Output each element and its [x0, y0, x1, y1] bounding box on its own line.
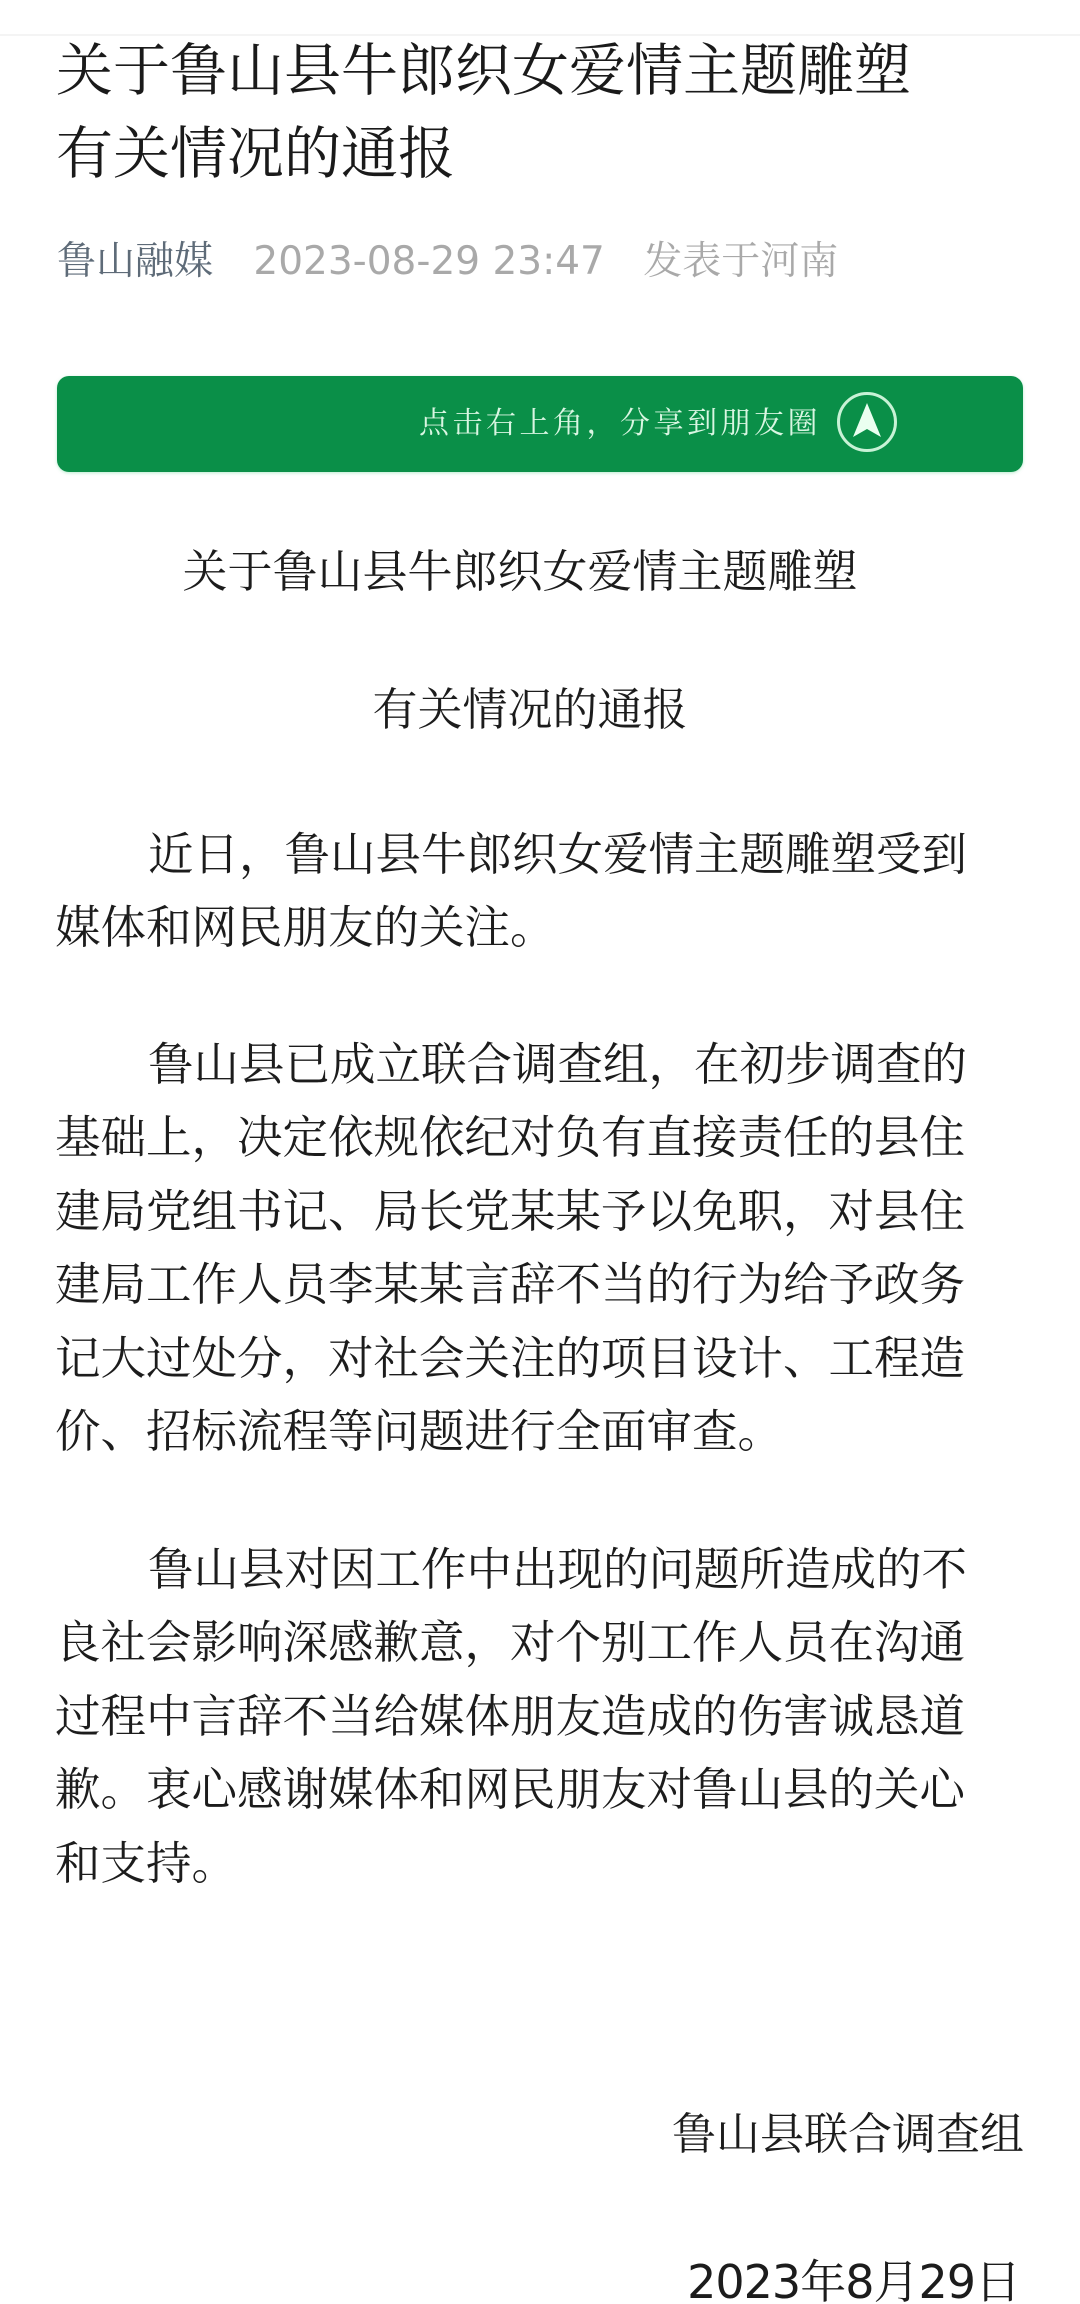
article-title-line-1: 关于鲁山县牛郎织女爱情主题雕塑 — [56, 30, 1036, 113]
article-meta: 鲁山融媒 2023-08-29 23:47 发表于河南 — [57, 232, 838, 292]
paragraph-line: 建局工作人员李某某言辞不当的行为给予政务 — [55, 1248, 1015, 1321]
publish-location: 发表于河南 — [643, 239, 838, 284]
share-banner-text: 点击右上角，分享到朋友圈 — [419, 404, 821, 444]
paragraph-3: 鲁山县对因工作中出现的问题所造成的不 良社会影响深感歉意，对个别工作人员在沟通 … — [55, 1533, 1015, 1900]
arrow-up-circle-icon — [836, 391, 898, 453]
document-heading-line-1: 关于鲁山县牛郎织女爱情主题雕塑 — [0, 544, 1060, 600]
paragraph-line: 鲁山县已成立联合调查组，在初步调查的 — [55, 1028, 1015, 1101]
signature-date: 2023年8月29日 — [687, 2252, 1020, 2304]
article-title: 关于鲁山县牛郎织女爱情主题雕塑 有关情况的通报 — [56, 30, 1036, 196]
share-to-moments-banner[interactable]: 点击右上角，分享到朋友圈 — [57, 376, 1023, 472]
paragraph-line: 和支持。 — [55, 1827, 1015, 1900]
paragraph-2: 鲁山县已成立联合调查组，在初步调查的 基础上，决定依规依纪对负有直接责任的县住 … — [55, 1028, 1015, 1468]
paragraph-line: 记大过处分，对社会关注的项目设计、工程造 — [55, 1322, 1015, 1395]
paragraph-line: 价、招标流程等问题进行全面审查。 — [55, 1395, 1015, 1468]
paragraph-line: 近日，鲁山县牛郎织女爱情主题雕塑受到 — [55, 818, 1015, 891]
signature: 鲁山县联合调查组 — [672, 2107, 1024, 2163]
paragraph-line: 基础上，决定依规依纪对负有直接责任的县住 — [55, 1101, 1015, 1174]
article-title-line-2: 有关情况的通报 — [56, 113, 1036, 196]
paragraph-line: 媒体和网民朋友的关注。 — [55, 891, 1015, 964]
paragraph-line: 鲁山县对因工作中出现的问题所造成的不 — [55, 1533, 1015, 1606]
publish-datetime: 2023-08-29 23:47 — [253, 239, 604, 284]
author-link[interactable]: 鲁山融媒 — [57, 239, 213, 284]
paragraph-1: 近日，鲁山县牛郎织女爱情主题雕塑受到 媒体和网民朋友的关注。 — [55, 818, 1015, 965]
paragraph-line: 建局党组书记、局长党某某予以免职，对县住 — [55, 1175, 1015, 1248]
paragraph-line: 良社会影响深感歉意，对个别工作人员在沟通 — [55, 1606, 1015, 1679]
document-heading-line-2: 有关情况的通报 — [0, 682, 1070, 738]
paragraph-line: 过程中言辞不当给媒体朋友造成的伤害诚恳道 — [55, 1680, 1015, 1753]
paragraph-line: 歉。衷心感谢媒体和网民朋友对鲁山县的关心 — [55, 1753, 1015, 1826]
